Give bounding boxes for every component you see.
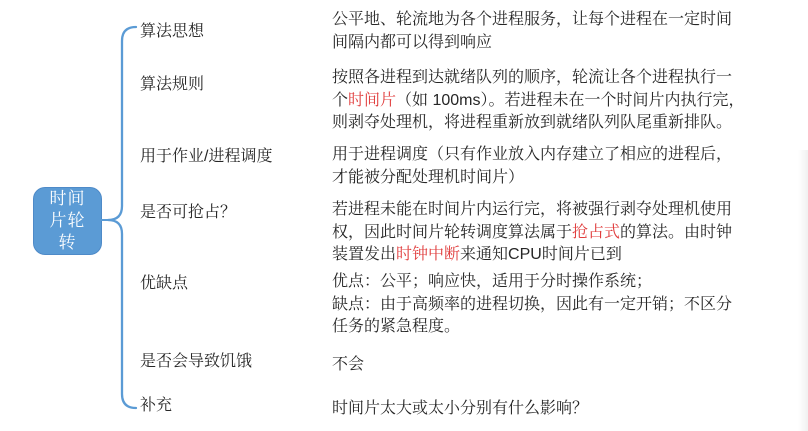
branch-label-starvation: 是否会导致饥饿 xyxy=(140,351,252,373)
body-text: 用于进程调度（只有作业放入内存建立了相应的进程后， 才能被分配处理机时间片） xyxy=(332,146,732,186)
branch-label-algorithm-rules: 算法规则 xyxy=(140,74,204,96)
branch-content-starvation: 不会 xyxy=(332,354,808,377)
branch-content-supplement: 时间片太大或太小分别有什么影响？ xyxy=(332,398,808,421)
root-topic-label: 时间 片轮 转 xyxy=(50,188,86,254)
branch-label-preemptive: 是否可抢占？ xyxy=(140,202,236,224)
brace-connector xyxy=(98,0,142,431)
branch-label-scheduling-usage: 用于作业/进程调度 xyxy=(140,146,272,168)
branch-label-algorithm-idea: 算法思想 xyxy=(140,21,204,43)
highlighted-text: 时钟中断 xyxy=(396,246,460,263)
branch-content-algorithm-rules: 按照各进程到达就绪队列的顺序，轮流让各个进程执行一 个时间片（如 100ms）。… xyxy=(332,67,808,135)
branch-label-pros-cons: 优缺点 xyxy=(140,273,188,295)
highlighted-text: 时间片 xyxy=(348,92,396,109)
highlighted-text: 抢占式 xyxy=(572,224,620,241)
branch-content-algorithm-idea: 公平地、轮流地为各个进程服务，让每个进程在一定时间 间隔内都可以得到响应 xyxy=(332,9,808,54)
branch-content-preemptive: 若进程未能在时间片内运行完，将被强行剥夺处理机使用 权，因此时间片轮转调度算法属… xyxy=(332,199,808,267)
body-text: 时间片太大或太小分别有什么影响？ xyxy=(332,400,588,417)
branch-label-supplement: 补充 xyxy=(140,395,172,417)
body-text: 不会 xyxy=(332,356,364,373)
branch-content-pros-cons: 优点：公平；响应快，适用于分时操作系统； 缺点：由于高频率的进程切换，因此有一定… xyxy=(332,271,808,339)
branch-content-scheduling-usage: 用于进程调度（只有作业放入内存建立了相应的进程后， 才能被分配处理机时间片） xyxy=(332,144,808,189)
mindmap-canvas: 时间 片轮 转 算法思想 算法规则 用于作业/进程调度 是否可抢占？ 优缺点 是… xyxy=(0,0,808,431)
root-topic-time-slice-round-robin: 时间 片轮 转 xyxy=(33,187,102,255)
body-text: 公平地、轮流地为各个进程服务，让每个进程在一定时间 间隔内都可以得到响应 xyxy=(332,11,732,51)
body-text: 优点：公平；响应快，适用于分时操作系统； 缺点：由于高频率的进程切换，因此有一定… xyxy=(332,273,732,335)
body-text: 来通知CPU时间片已到 xyxy=(460,246,622,263)
